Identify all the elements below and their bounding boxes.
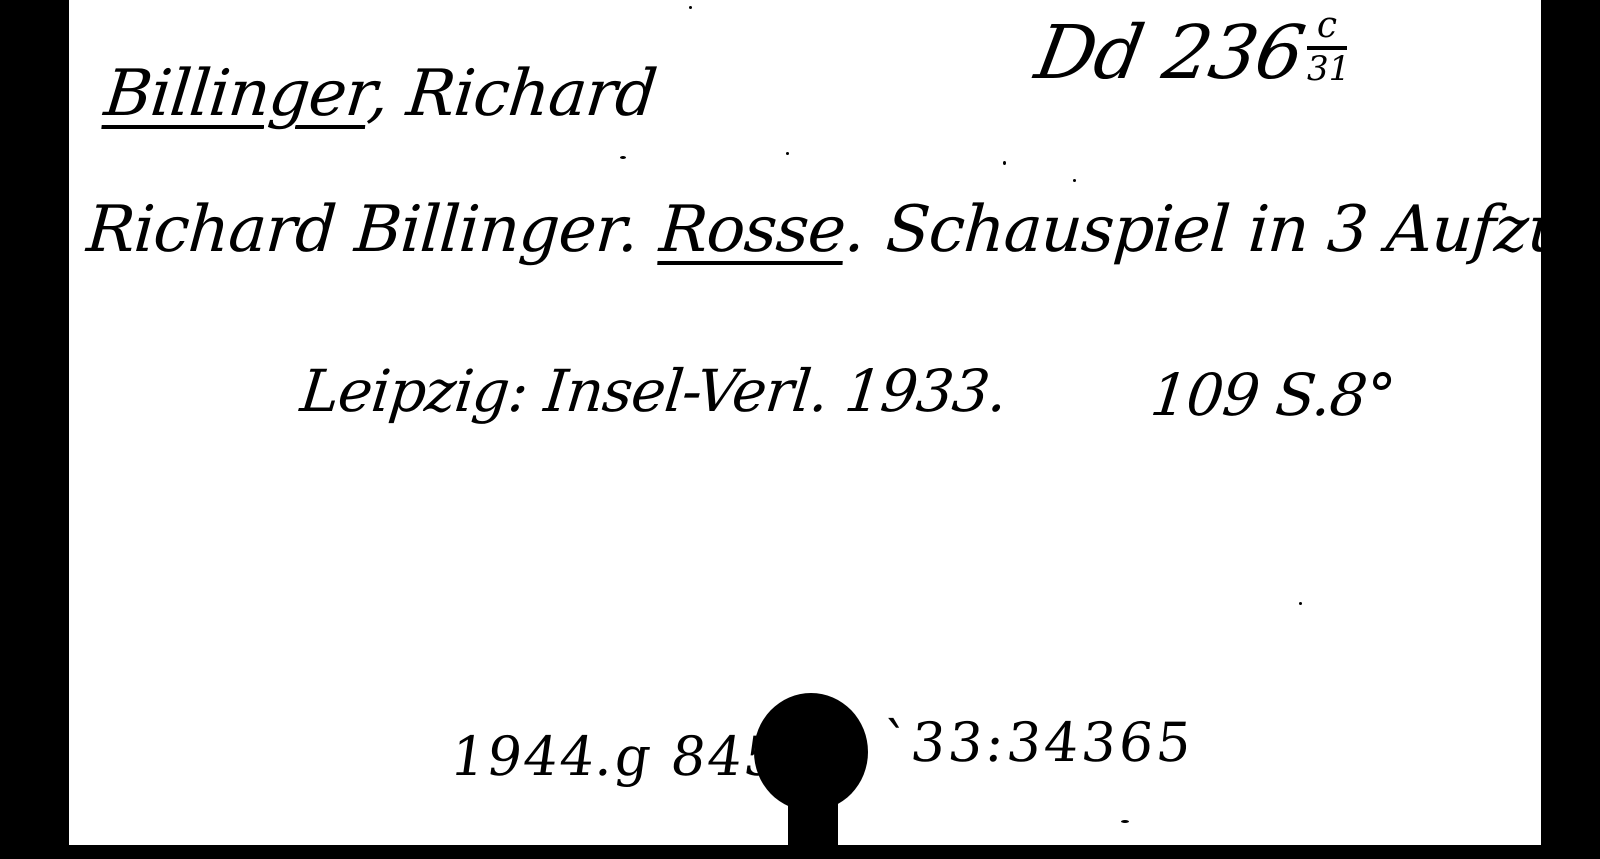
collation: 109 S.8°	[1148, 366, 1397, 424]
card-heading: Billinger, Richard	[102, 62, 659, 126]
punch-hole-slot	[788, 780, 838, 845]
heading-surname: Billinger	[101, 57, 372, 131]
title-line: Richard Billinger.Rosse.Schauspiel in 3 …	[85, 198, 1541, 262]
accession-number-right: `33:34365	[878, 716, 1196, 770]
scan-speck	[786, 152, 789, 155]
shelfmark-fraction-numerator: c	[1307, 8, 1347, 50]
scan-speck	[1299, 602, 1302, 605]
imprint-year: 1933.	[841, 357, 1009, 425]
imprint: Leipzig: Insel-Verl. 1933.	[298, 362, 1009, 420]
heading-given-name: Richard	[403, 57, 659, 131]
collation-format: 8°	[1327, 361, 1398, 429]
title-punct: .	[842, 193, 867, 267]
title-main: Rosse	[657, 193, 847, 267]
imprint-place: Leipzig:	[297, 357, 530, 425]
scan-speck	[689, 6, 692, 9]
collation-pages: 109 S.	[1147, 361, 1333, 429]
shelfmark-fraction-denominator: 31	[1307, 50, 1347, 86]
title-author: Richard Billinger.	[84, 193, 640, 267]
scan-speck	[1073, 179, 1076, 182]
catalog-card: Billinger, Richard Dd 236 c 31 Richard B…	[69, 0, 1541, 845]
scan-speck	[620, 156, 626, 159]
shelfmark-fraction: c 31	[1307, 8, 1347, 86]
shelfmark: Dd 236	[1030, 16, 1309, 90]
scan-speck	[1121, 820, 1129, 823]
title-subtitle: Schauspiel in 3 Aufzügen.	[884, 193, 1541, 267]
scan-speck	[1003, 161, 1006, 165]
imprint-publisher: Insel-Verl.	[541, 357, 831, 425]
